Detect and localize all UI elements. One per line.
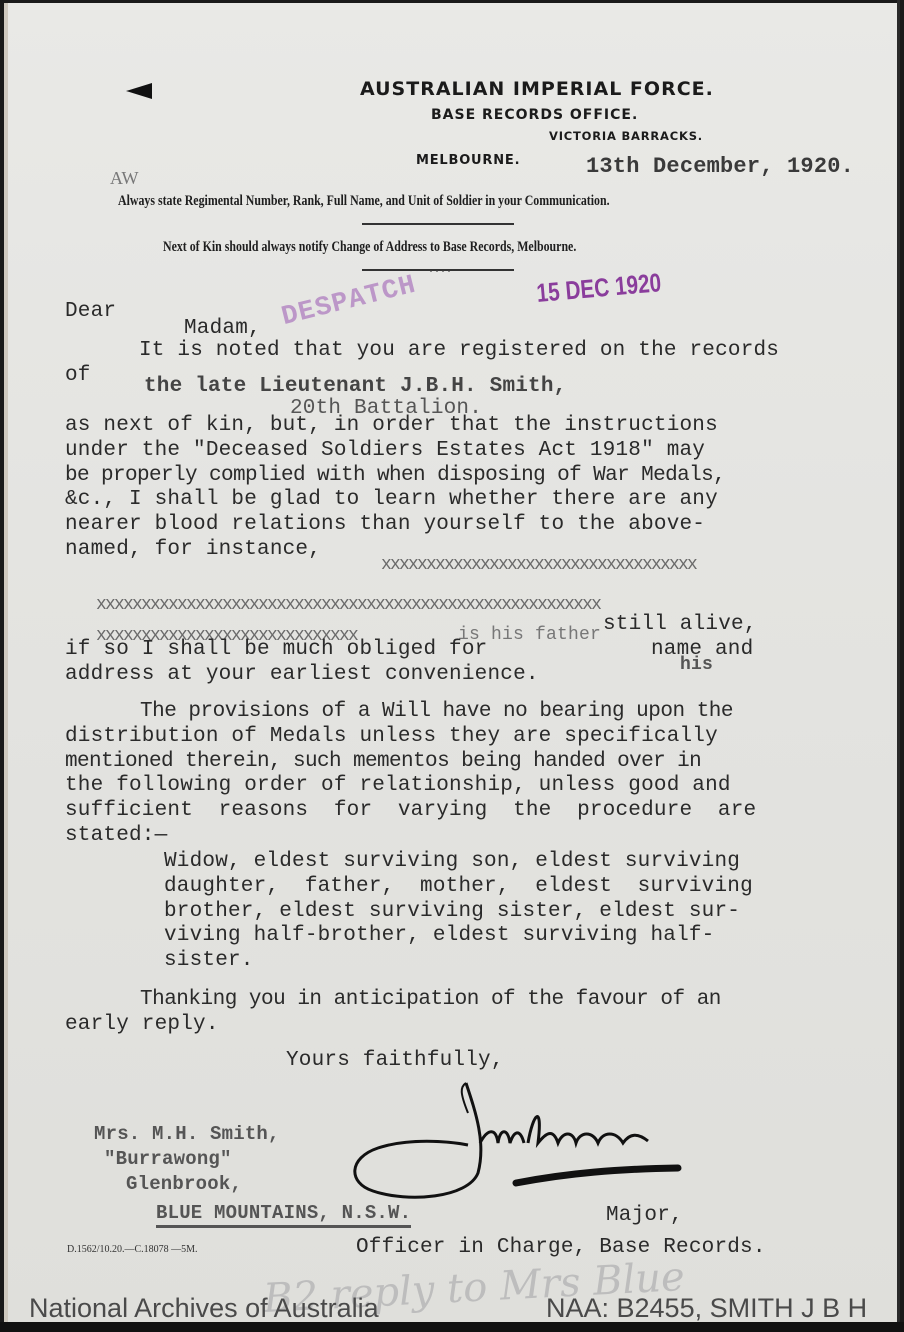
- struck-out-line: xxxxxxxxxxxxxxxxxxxxxxxxxxxxxxxxxxxxxxxx…: [96, 595, 600, 615]
- archive-reference: NAA: B2455, SMITH J B H: [546, 1293, 867, 1324]
- body-line: as next of kin, but, in order that the i…: [65, 414, 725, 439]
- body-line: daughter, father, mother, eldest survivi…: [164, 875, 753, 900]
- signatory-rank: Major,: [606, 1204, 683, 1227]
- date-received-stamp: 15 DEC 1920: [535, 267, 662, 309]
- body-line: viving half-brother, eldest surviving ha…: [164, 924, 753, 949]
- body-line: if so I shall be much obliged for: [65, 638, 487, 661]
- body-line: early reply.: [65, 1013, 721, 1038]
- relationship-order-list: Widow, eldest surviving son, eldest surv…: [164, 850, 753, 974]
- signatory-position: Officer in Charge, Base Records.: [356, 1236, 766, 1259]
- body-line: be properly complied with when disposing…: [65, 464, 725, 489]
- body-line: The provisions of a Will have no bearing…: [65, 700, 756, 725]
- inserted-his: his: [680, 655, 713, 675]
- inserted-still-alive: still alive,: [603, 613, 757, 636]
- body-line: Widow, eldest surviving son, eldest surv…: [164, 850, 753, 875]
- body-line: sister.: [164, 949, 753, 974]
- divider-dots: ....: [428, 265, 452, 276]
- letterhead-city: MELBOURNE.: [416, 153, 520, 168]
- recipient-town: Glenbrook,: [126, 1173, 242, 1195]
- body-line: &c., I shall be glad to learn whether th…: [65, 488, 725, 513]
- body-of: of: [65, 364, 91, 387]
- paragraph-3: Thanking you in anticipation of the favo…: [65, 988, 721, 1038]
- body-line: the following order of relationship, unl…: [65, 774, 756, 799]
- body-line: Thanking you in anticipation of the favo…: [65, 988, 721, 1013]
- frame-bottom: [0, 1322, 904, 1332]
- paragraph-1: as next of kin, but, in order that the i…: [65, 414, 725, 563]
- soldier-name: the late Lieutenant J.B.H. Smith,: [144, 375, 566, 398]
- despatch-stamp: DESPATCH: [279, 271, 420, 333]
- salutation-dear: Dear: [65, 300, 116, 323]
- body-line: It is noted that you are registered on t…: [139, 339, 779, 362]
- body-line: brother, eldest surviving sister, eldest…: [164, 900, 753, 925]
- letter-date: 13th December, 1920.: [586, 154, 854, 179]
- body-line: mentioned therein, such mementos being h…: [65, 750, 756, 775]
- paragraph-2: The provisions of a Will have no bearing…: [65, 700, 756, 849]
- clerk-initials: AW: [110, 168, 139, 189]
- struck-out-line: xxxxxxxxxxxxxxxxxxxxxxxxxxxxxxxxxxx: [381, 555, 696, 575]
- body-line: address at your earliest convenience.: [65, 663, 539, 686]
- recipient-region: BLUE MOUNTAINS, N.S.W.: [156, 1202, 411, 1228]
- notice-regimental: Always state Regimental Number, Rank, Fu…: [118, 193, 610, 210]
- letterhead-title: AUSTRALIAN IMPERIAL FORCE.: [360, 78, 714, 100]
- salutation-madam: Madam,: [184, 317, 261, 340]
- recipient-name: Mrs. M.H. Smith,: [94, 1123, 280, 1145]
- body-line: distribution of Medals unless they are s…: [65, 725, 756, 750]
- form-code: D.1562/10.20.—C.18078 —5M.: [67, 1244, 198, 1255]
- valediction: Yours faithfully,: [286, 1049, 504, 1072]
- recipient-house: "Burrawong": [104, 1148, 232, 1170]
- letterhead-barracks: VICTORIA BARRACKS.: [549, 129, 703, 143]
- notice-next-of-kin: Next of Kin should always notify Change …: [163, 239, 576, 256]
- body-line: nearer blood relations than yourself to …: [65, 513, 725, 538]
- document-page: AUSTRALIAN IMPERIAL FORCE. BASE RECORDS …: [4, 3, 898, 1325]
- body-line: under the "Deceased Soldiers Estates Act…: [65, 439, 725, 464]
- punch-hole: [126, 83, 152, 99]
- body-line: stated:—: [65, 824, 756, 849]
- letterhead-office: BASE RECORDS OFFICE.: [431, 107, 638, 123]
- signature-icon: [348, 1073, 708, 1213]
- page-edge: [897, 0, 900, 1332]
- body-line: sufficient reasons for varying the proce…: [65, 799, 756, 824]
- divider: [362, 223, 514, 225]
- archive-name: National Archives of Australia: [29, 1293, 379, 1324]
